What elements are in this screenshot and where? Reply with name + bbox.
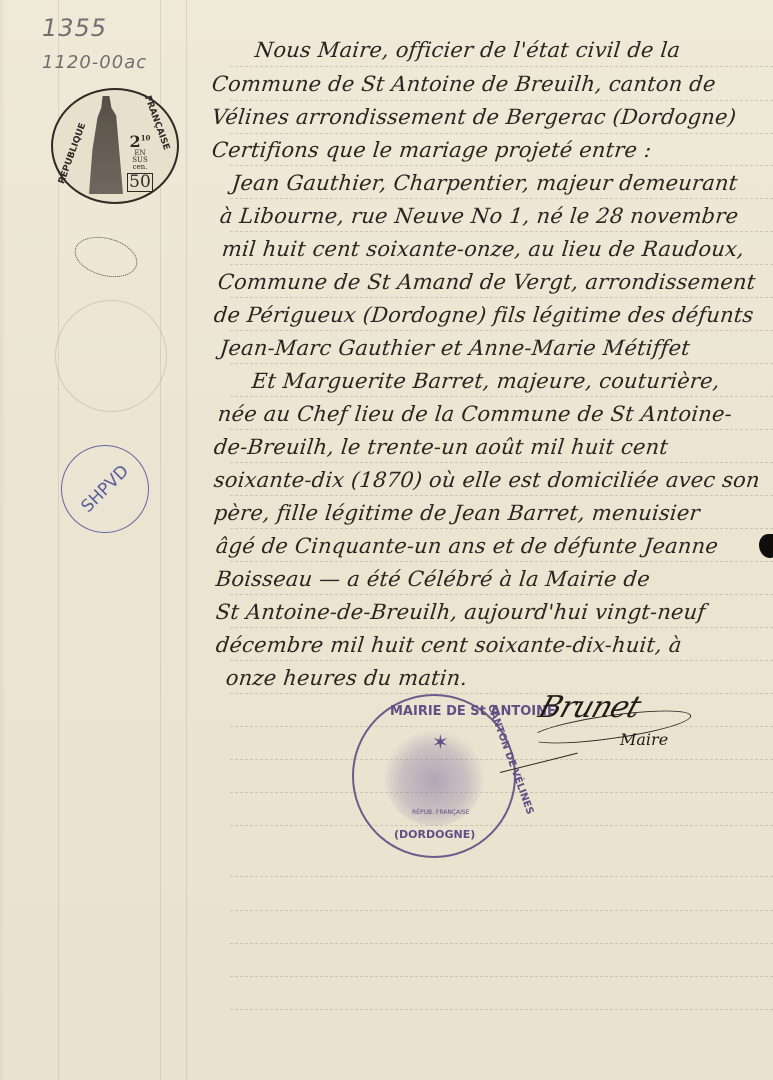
ruled-line (230, 876, 773, 877)
seal-star-icon: ✶ (432, 730, 449, 754)
ruled-line (230, 330, 773, 331)
seal-bottom-text: (DORDOGNE) (394, 828, 475, 841)
ruled-line (230, 495, 773, 496)
body-line: décembre mil huit cent soixante-dix-huit… (215, 633, 765, 657)
ruled-line (230, 976, 773, 977)
ruled-line (230, 825, 773, 826)
marianne-figure-icon (89, 96, 123, 194)
ruled-line (230, 396, 773, 397)
mayor-signature: Brunet Maire (540, 690, 639, 725)
ruled-line (230, 66, 773, 67)
ruled-line (230, 660, 773, 661)
ruled-line (230, 297, 773, 298)
archive-reference-code: 1120-00ac (42, 52, 147, 73)
ruled-line (230, 363, 773, 364)
ruled-line (230, 231, 773, 232)
body-line: onze heures du matin. (225, 666, 765, 690)
ruled-line (230, 429, 773, 430)
body-line: à Libourne, rue Neuve No 1, né le 28 nov… (219, 204, 765, 228)
body-line: de Périgueux (Dordogne) fils légitime de… (213, 303, 765, 327)
signature-name: Brunet (534, 690, 644, 725)
small-oval-stamp (70, 230, 142, 283)
ruled-line (230, 561, 773, 562)
ruled-line (230, 100, 773, 101)
body-line: Vélines arrondissement de Bergerac (Dord… (211, 105, 765, 129)
ruled-line (230, 594, 773, 595)
fiscal-value-bottom-unit: cen. (127, 164, 153, 171)
body-line: Et Marguerite Barret, majeure, couturièr… (251, 369, 765, 393)
archive-stamp: SHPVD (61, 445, 149, 533)
body-line: Certifions que le mariage projeté entre … (211, 138, 765, 162)
document-page: 1355 1120-00ac RÉPUBLIQUE FRANÇAISE 210 … (0, 0, 773, 1080)
fiscal-value-label: EN SUS (127, 150, 153, 164)
body-line: St Antoine-de-Breuilh, aujourd'hui vingt… (215, 600, 765, 624)
body-line: soixante-dix (1870) où elle est domicili… (213, 468, 765, 492)
body-line: Commune de St Antoine de Breuilh, canton… (211, 72, 765, 96)
body-line: née au Chef lieu de la Commune de St Ant… (217, 402, 765, 426)
margin-line (186, 0, 187, 1080)
mairie-seal: ✶ MAIRIE DE St ANTOINE CANTON DE VÉLINES… (352, 694, 516, 858)
faint-embossed-circle (55, 300, 167, 412)
archive-stamp-text: SHPVD (77, 461, 133, 517)
ruled-line (230, 693, 773, 694)
seal-motto: RÉPUB. FRANÇAISE (412, 809, 470, 816)
ruled-line (230, 627, 773, 628)
ruled-line (230, 943, 773, 944)
ruled-line (230, 462, 773, 463)
body-line: Jean-Marc Gauthier et Anne-Marie Métiffe… (219, 336, 765, 360)
body-line: Nous Maire, officier de l'état civil de … (254, 38, 765, 62)
fiscal-value-bottom: 50 (127, 173, 153, 192)
signature-title: Maire (620, 730, 668, 749)
body-line: mil huit cent soixante-onze, au lieu de … (221, 237, 765, 261)
body-line: de-Breuilh, le trente-un août mil huit c… (213, 435, 765, 459)
body-line: père, fille légitime de Jean Barret, men… (213, 501, 765, 525)
body-line: Jean Gauthier, Charpentier, majeur demeu… (231, 171, 765, 195)
fiscal-stamp: RÉPUBLIQUE FRANÇAISE 210 EN SUS cen. 50 (51, 88, 179, 204)
body-line: Boisseau — a été Célébré à la Mairie de (215, 567, 765, 591)
ruled-line (230, 133, 773, 134)
ruled-line (230, 264, 773, 265)
ruled-line (230, 528, 773, 529)
ruled-line (230, 165, 773, 166)
fiscal-stamp-value: 210 EN SUS cen. 50 (127, 134, 153, 192)
fiscal-stamp-left-text: RÉPUBLIQUE (57, 122, 88, 186)
body-line: Commune de St Amand de Vergt, arrondisse… (217, 270, 765, 294)
ruled-line (230, 1009, 773, 1010)
ruled-line (230, 910, 773, 911)
archive-reference-number: 1355 (42, 14, 107, 42)
ruled-line (230, 198, 773, 199)
body-line: âgé de Cinquante-un ans et de défunte Je… (215, 534, 765, 558)
fiscal-value-top: 210 (127, 134, 153, 150)
seal-top-text: MAIRIE DE St ANTOINE (390, 704, 556, 719)
